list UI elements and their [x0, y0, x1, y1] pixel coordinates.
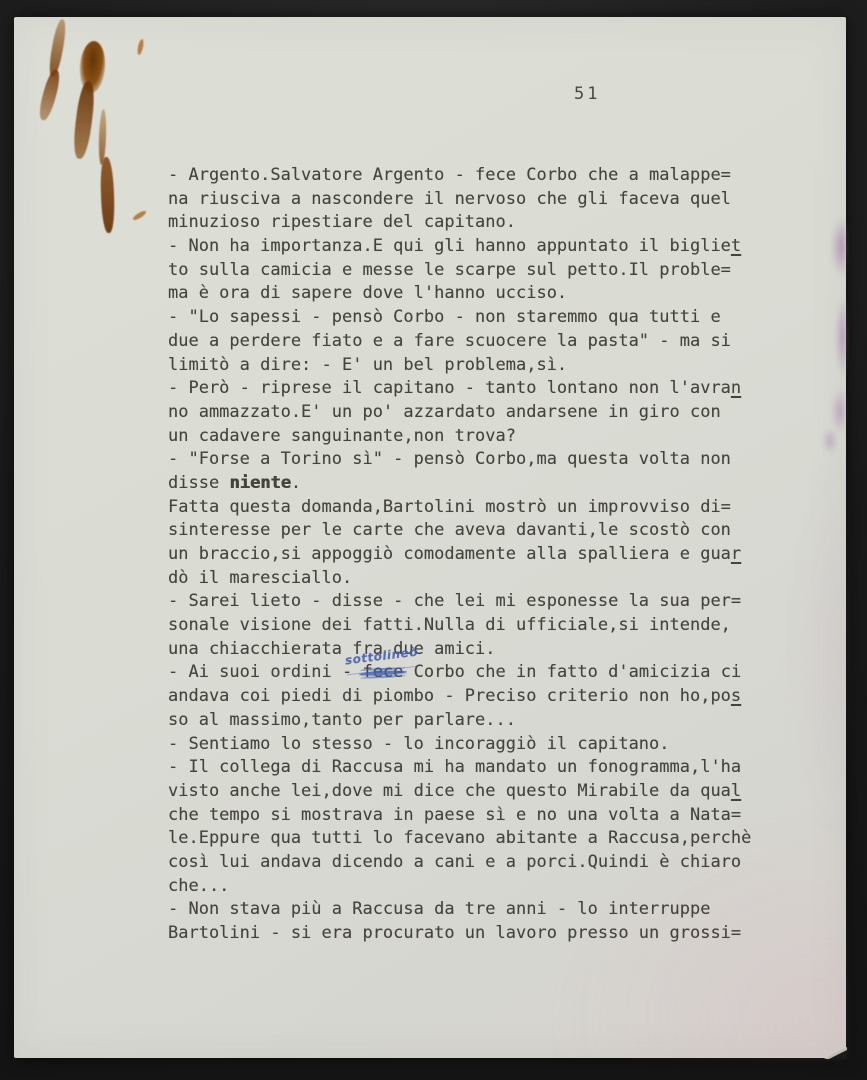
- folded-corner: [829, 1050, 847, 1059]
- text-line: Fatta questa domanda,Bartolini mostrò un…: [168, 496, 788, 520]
- text-line: Bartolini - si era procurato un lavoro p…: [168, 922, 788, 946]
- struck-word: fecesottolineò: [362, 662, 403, 682]
- text-line: - Sarei lieto - disse - che lei mi espon…: [168, 590, 788, 614]
- text-line: due a perdere fiato e a fare scuocere la…: [168, 330, 788, 354]
- text-line: - "Lo sapessi - pensò Corbo - non starem…: [168, 306, 788, 330]
- text-line: - "Forse a Torino sì" - pensò Corbo,ma q…: [168, 448, 788, 472]
- text-line: che tempo si mostrava in paese sì e no u…: [168, 804, 788, 828]
- text-line: sinteresse per le carte che aveva davant…: [168, 519, 788, 543]
- text-line: un braccio,si appoggiò comodamente alla …: [168, 543, 788, 567]
- purple-edge-stain: [806, 189, 846, 461]
- text-line: dò il maresciallo.: [168, 567, 788, 591]
- text-line: to sulla camicia e messe le scarpe sul p…: [168, 259, 788, 283]
- text-line: - Non stava più a Raccusa da tre anni - …: [168, 898, 788, 922]
- coffee-drip-stain: [132, 209, 147, 221]
- text-line: una chiacchierata fra due amici.: [168, 638, 788, 662]
- text-line: visto anche lei,dove mi dice che questo …: [168, 780, 788, 804]
- text-line: andava coi piedi di piombo - Preciso cri…: [168, 685, 788, 709]
- coffee-drip-stain: [71, 80, 96, 159]
- pink-tint: [786, 447, 846, 847]
- text-line: - Sentiamo lo stesso - lo incoraggiò il …: [168, 733, 788, 757]
- coffee-drip-stain: [136, 39, 144, 56]
- text-line: so al massimo,tanto per parlare...: [168, 709, 788, 733]
- coffee-drip-stain: [100, 157, 116, 233]
- text-line: un cadavere sanguinante,non trova?: [168, 425, 788, 449]
- text-line: - Il collega di Raccusa mi ha mandato un…: [168, 756, 788, 780]
- coffee-drip-stain: [47, 18, 68, 77]
- text-line: - Però - riprese il capitano - tanto lon…: [168, 377, 788, 401]
- text-line: - Ai suoi ordini - fecesottolineò Corbo …: [168, 661, 788, 685]
- scanned-page: 51 - Argento.Salvatore Argento - fece Co…: [14, 17, 846, 1058]
- text-line: minuzioso ripestiare del capitano.: [168, 211, 788, 235]
- text-line: - Non ha importanza.E qui gli hanno appu…: [168, 235, 788, 259]
- text-line: ma è ora di sapere dove l'hanno ucciso.: [168, 282, 788, 306]
- coffee-drip-stain: [36, 68, 62, 122]
- text-line: che...: [168, 875, 788, 899]
- text-line: disse niente.: [168, 472, 788, 496]
- text-line: limitò a dire: - E' un bel problema,sì.: [168, 354, 788, 378]
- typewritten-text: - Argento.Salvatore Argento - fece Corbo…: [168, 164, 788, 946]
- text-line: così lui andava dicendo a cani e a porci…: [168, 851, 788, 875]
- text-line: - Argento.Salvatore Argento - fece Corbo…: [168, 164, 788, 188]
- text-line: na riusciva a nascondere il nervoso che …: [168, 188, 788, 212]
- page-number: 51: [574, 84, 600, 104]
- text-line: sonale visione dei fatti.Nulla di uffici…: [168, 614, 788, 638]
- text-line: no ammazzato.E' un po' azzardato andarse…: [168, 401, 788, 425]
- text-line: le.Eppure qua tutti lo facevano abitante…: [168, 827, 788, 851]
